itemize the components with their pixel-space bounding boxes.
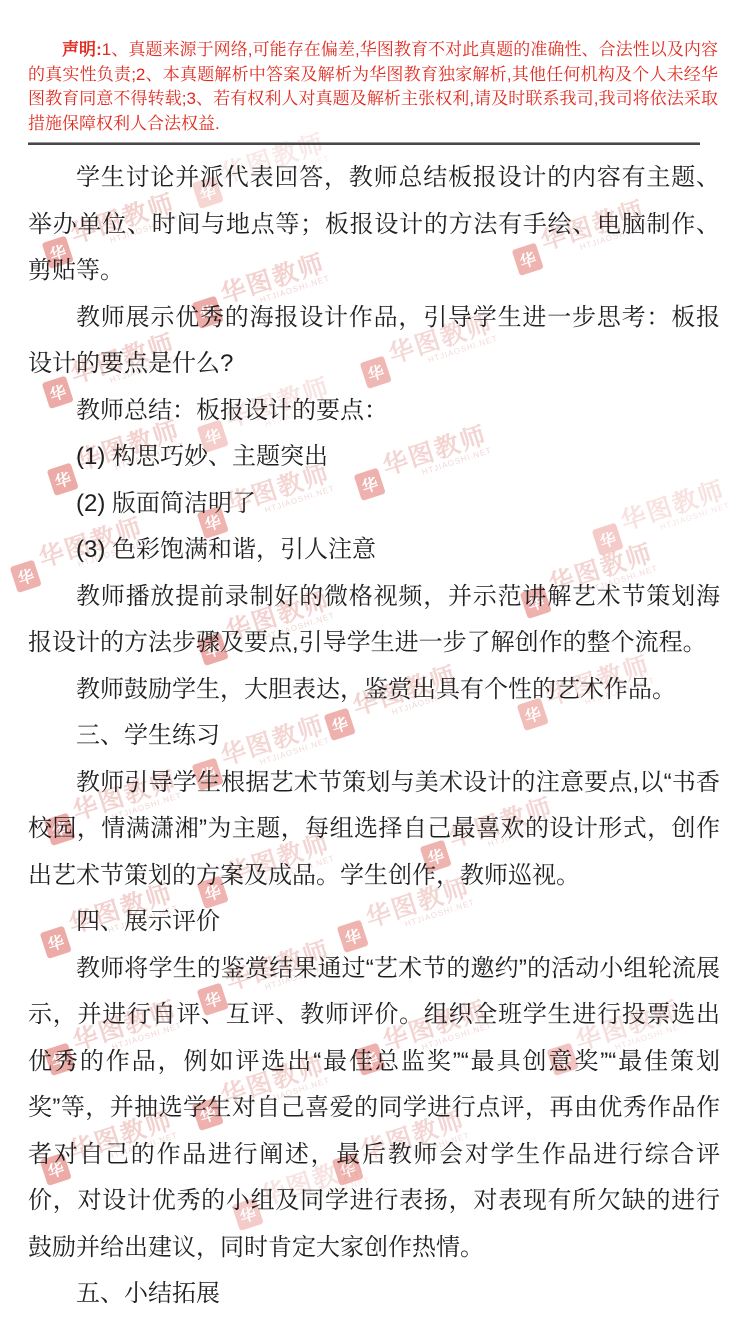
paragraph: 学生讨论并派代表回答，教师总结板报设计的内容有主题、举办单位、时间与地点等；板报… — [28, 155, 720, 295]
paragraph: 教师总结：板报设计的要点： — [28, 388, 720, 435]
paragraph: 教师播放提前录制好的微格视频，并示范讲解艺术节策划海报设计的方法步骤及要点,引导… — [28, 574, 720, 667]
disclaimer-label: 声明: — [62, 40, 102, 59]
paragraph: (3) 色彩饱满和谐，引人注意 — [28, 527, 720, 574]
paragraph: 教师展示优秀的海报设计作品，引导学生进一步思考：板报设计的要点是什么? — [28, 295, 720, 388]
divider-line — [28, 142, 700, 145]
disclaimer: 声明:1、真题来源于网络,可能存在偏差,华图教育不对此真题的准确性、合法性以及内… — [28, 0, 718, 136]
document-body: 学生讨论并派代表回答，教师总结板报设计的内容有主题、举办单位、时间与地点等；板报… — [28, 155, 720, 1318]
paragraph: 教师鼓励学生，大胆表达，鉴赏出具有个性的艺术作品。 — [28, 667, 720, 714]
paragraph: 五、小结拓展 — [28, 1271, 720, 1318]
paragraph: 三、学生练习 — [28, 713, 720, 760]
paragraph: (1) 构思巧妙、主题突出 — [28, 434, 720, 481]
disclaimer-text: 1、真题来源于网络,可能存在偏差,华图教育不对此真题的准确性、合法性以及内容的真… — [28, 40, 718, 133]
paragraph: 教师引导学生根据艺术节策划与美术设计的注意要点,以“书香校园，情满潇湘”为主题，… — [28, 760, 720, 900]
paragraph: 四、展示评价 — [28, 899, 720, 946]
document-page: 华 华图教师 HTJIAOSHI.NET 华 华图教师 HTJIAOSHI.NE… — [0, 0, 748, 1335]
paragraph: (2) 版面简洁明了 — [28, 481, 720, 528]
paragraph: 教师将学生的鉴赏结果通过“艺术节的邀约”的活动小组轮流展示，并进行自评、互评、教… — [28, 946, 720, 1272]
